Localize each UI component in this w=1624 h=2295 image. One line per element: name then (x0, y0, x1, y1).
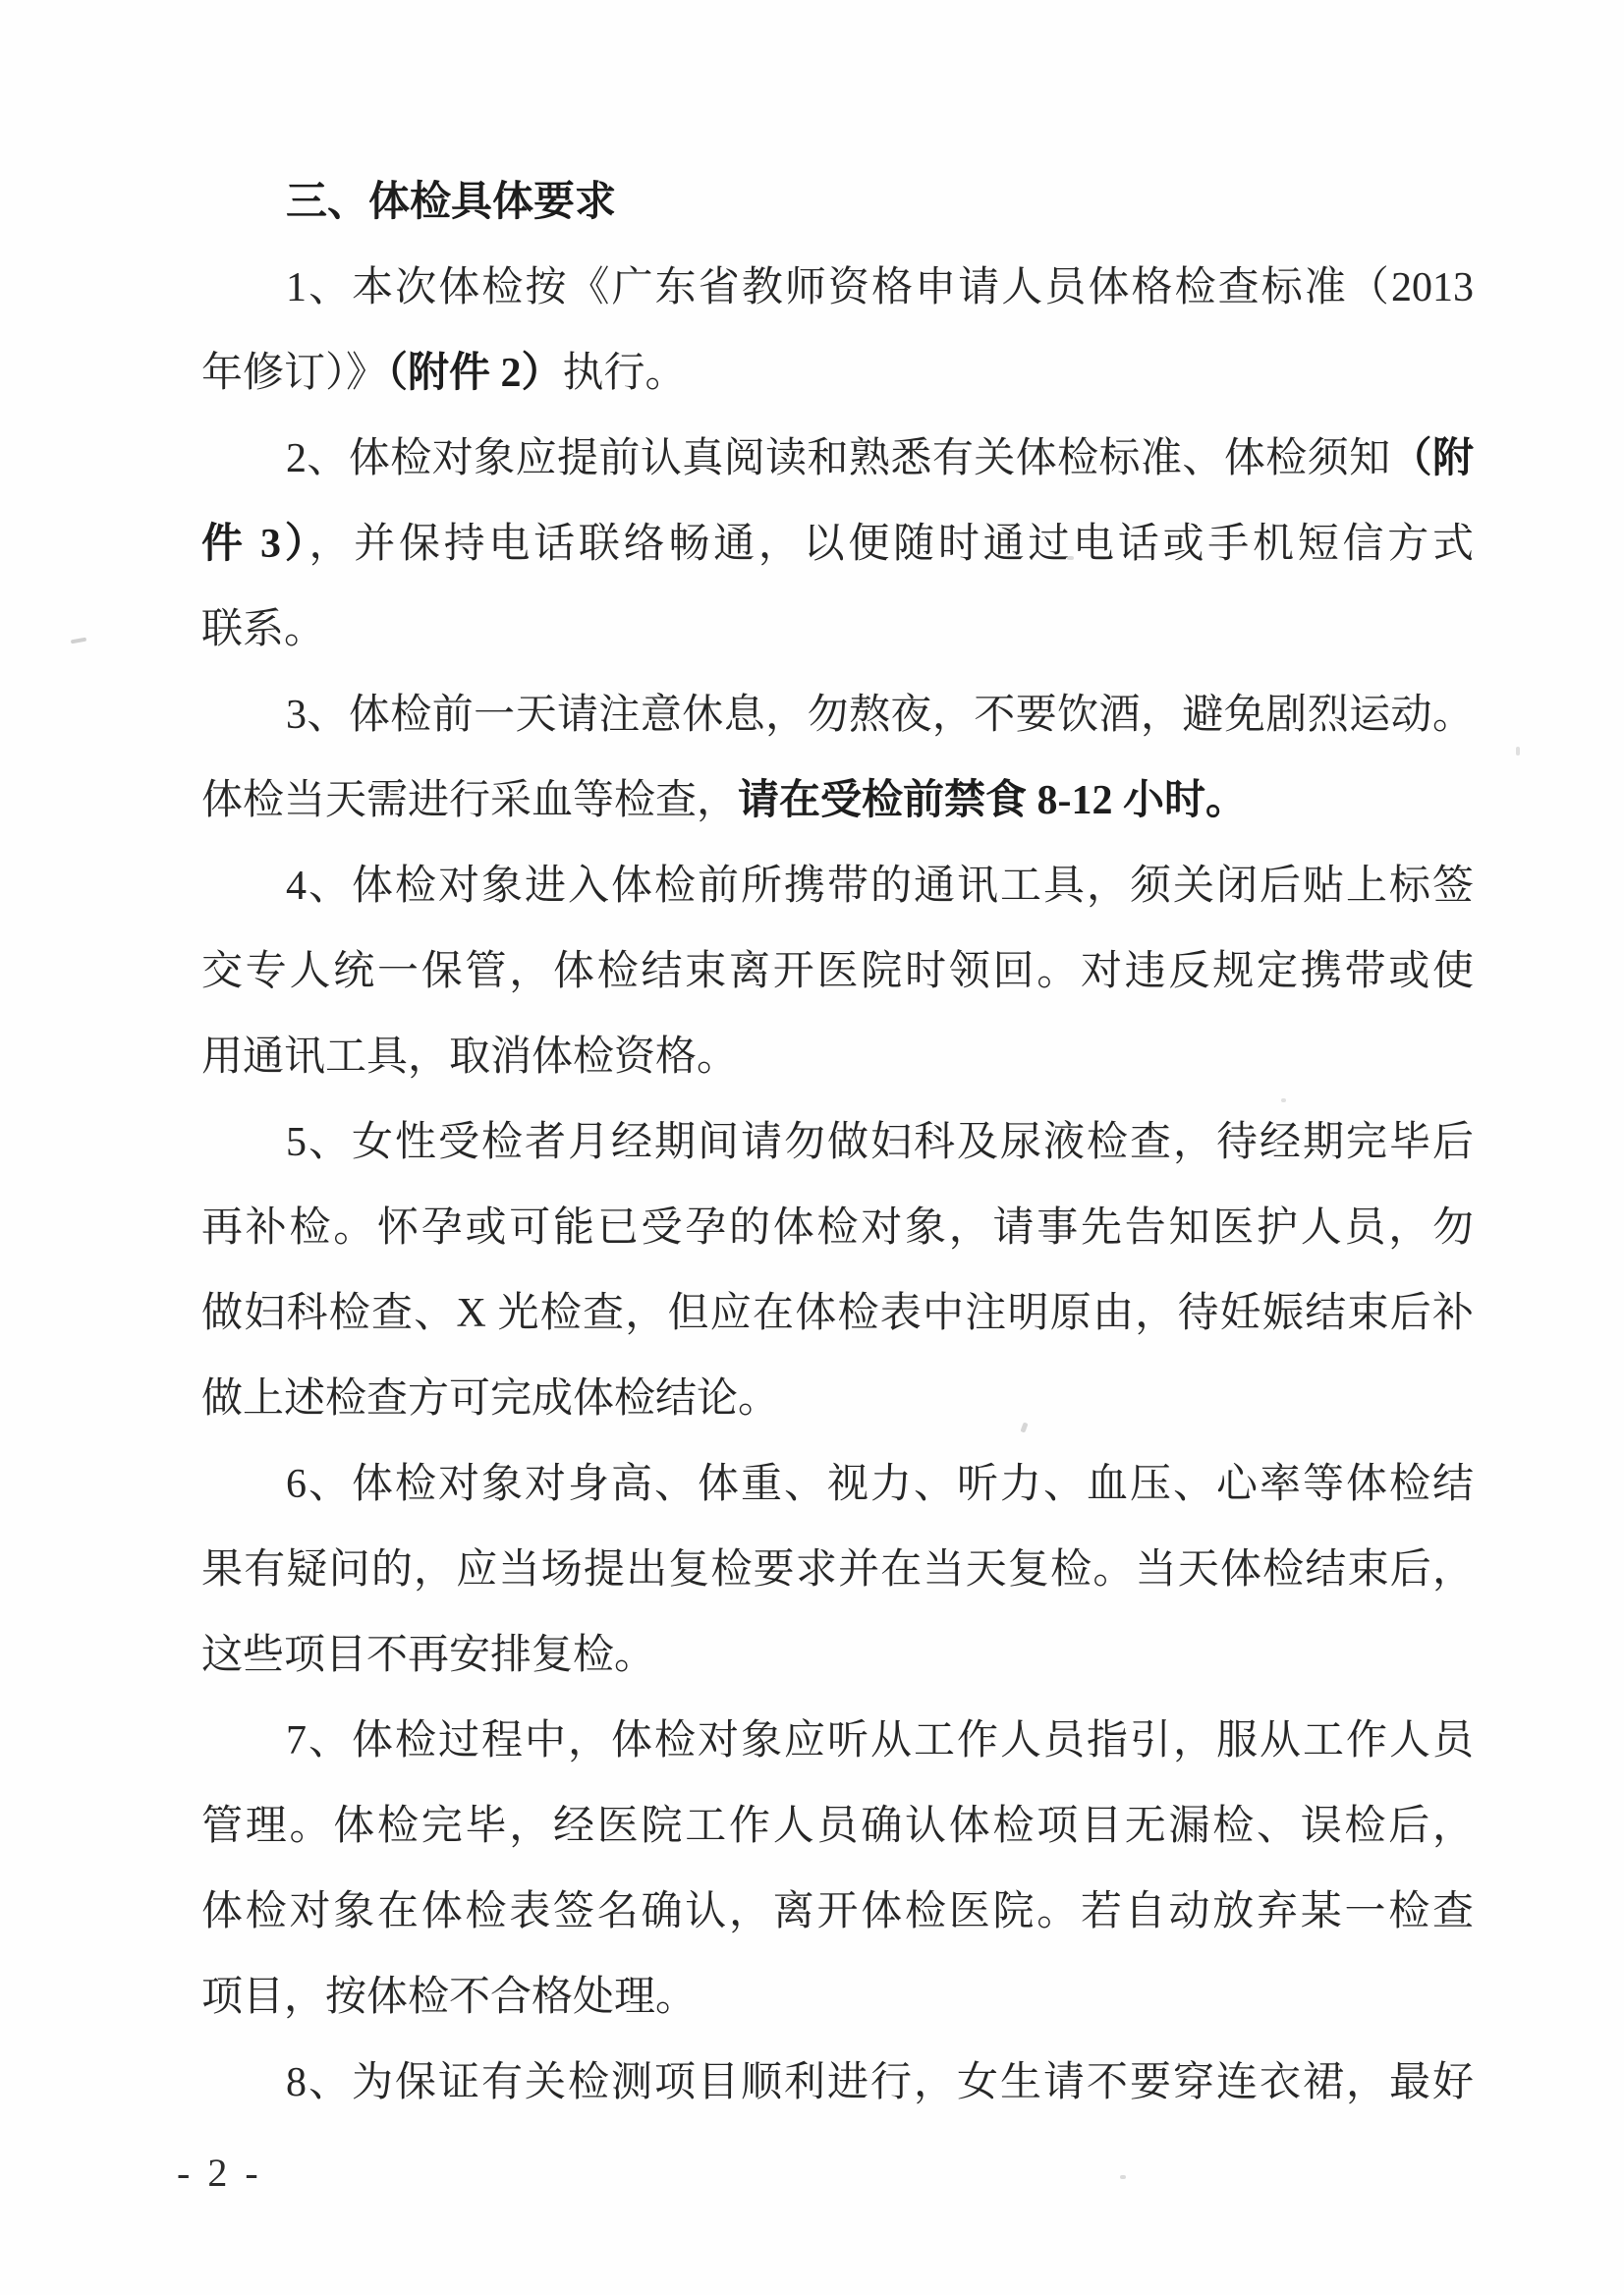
text-run: 再补检。怀孕或可能已受孕的体检对象，请事先告知医护人员，勿 (201, 1205, 1474, 1251)
scan-speckle (71, 638, 86, 644)
text-run: 三、体检具体要求 (286, 180, 616, 225)
text-run: 6、体检对象对身高、体重、视力、听力、血压、心率等体检结 (286, 1462, 1474, 1507)
text-run: ，并保持电话联络畅通，以便随时通过电话或手机短信方式 (308, 522, 1474, 567)
document-line: 联系。 (201, 588, 1474, 673)
text-run: 这些项目不再安排复检。 (201, 1633, 655, 1678)
document-line: 4、体检对象进入体检前所携带的通讯工具，须关闭后贴上标签 (201, 844, 1474, 929)
document-line: 体检对象在体检表签名确认，离开体检医院。若自动放弃某一检查 (201, 1870, 1474, 1955)
text-run: 1、本次体检按《广东省教师资格申请人员体格检查标准（2013 (286, 265, 1474, 310)
scan-speckle (1067, 556, 1074, 560)
document-line: 件 3），并保持电话联络畅通，以便随时通过电话或手机短信方式 (201, 502, 1474, 588)
scanned-document-page: 三、体检具体要求1、本次体检按《广东省教师资格申请人员体格检查标准（2013年修… (0, 0, 1624, 2295)
text-run: 做妇科检查、X 光检查，但应在体检表中注明原由，待妊娠结束后补 (201, 1291, 1474, 1336)
text-run: 体检当天需进行采血等检查， (201, 778, 738, 823)
document-line: 这些项目不再安排复检。 (201, 1613, 1474, 1699)
document-line: 3、体检前一天请注意休息，勿熬夜，不要饮酒，避免剧烈运动。 (201, 673, 1474, 758)
scan-speckle (1281, 1098, 1286, 1102)
text-run: 5、女性受检者月经期间请勿做妇科及尿液检查，待经期完毕后 (286, 1120, 1474, 1165)
document-line: 果有疑问的，应当场提出复检要求并在当天复检。当天体检结束后， (201, 1528, 1474, 1613)
text-run: 果有疑问的，应当场提出复检要求并在当天复检。当天体检结束后， (201, 1547, 1474, 1593)
text-run: 7、体检过程中，体检对象应听从工作人员指引，服从工作人员 (286, 1718, 1474, 1763)
document-line: 项目，按体检不合格处理。 (201, 1955, 1474, 2041)
document-heading: 三、体检具体要求 (201, 160, 1474, 246)
text-run: 体检对象在体检表签名确认，离开体检医院。若自动放弃某一检查 (201, 1889, 1474, 1934)
scan-speckle (1120, 2175, 1126, 2179)
text-run: 件 3） (201, 522, 308, 567)
document-line: 年修订）》（附件 2）执行。 (201, 331, 1474, 417)
document-line: 5、女性受检者月经期间请勿做妇科及尿液检查，待经期完毕后 (201, 1100, 1474, 1186)
document-line: 体检当天需进行采血等检查，请在受检前禁食 8-12 小时。 (201, 758, 1474, 844)
document-line: 再补检。怀孕或可能已受孕的体检对象，请事先告知医护人员，勿 (201, 1186, 1474, 1271)
text-run: （附件 2） (387, 351, 563, 396)
document-line: 交专人统一保管，体检结束离开医院时领回。对违反规定携带或使 (201, 929, 1474, 1015)
text-run: 4、体检对象进入体检前所携带的通讯工具，须关闭后贴上标签 (286, 864, 1474, 909)
text-run: 用通讯工具，取消体检资格。 (201, 1035, 738, 1080)
text-run: 管理。体检完毕，经医院工作人员确认体检项目无漏检、误检后， (201, 1804, 1474, 1849)
document-line: 7、体检过程中，体检对象应听从工作人员指引，服从工作人员 (201, 1699, 1474, 1784)
text-run: 做上述检查方可完成体检结论。 (201, 1376, 779, 1422)
text-run: 请在受检前禁食 8-12 小时。 (738, 778, 1247, 823)
document-line: 用通讯工具，取消体检资格。 (201, 1015, 1474, 1100)
text-run: 项目，按体检不合格处理。 (201, 1975, 697, 2020)
document-line: 2、体检对象应提前认真阅读和熟悉有关体检标准、体检须知（附 (201, 417, 1474, 502)
document-line: 6、体检对象对身高、体重、视力、听力、血压、心率等体检结 (201, 1442, 1474, 1528)
text-run: 2、体检对象应提前认真阅读和熟悉有关体检标准、体检须知 (286, 436, 1391, 481)
document-line: 管理。体检完毕，经医院工作人员确认体检项目无漏检、误检后， (201, 1784, 1474, 1870)
document-body: 三、体检具体要求1、本次体检按《广东省教师资格申请人员体格检查标准（2013年修… (201, 160, 1474, 2126)
text-run: 执行。 (563, 351, 687, 396)
text-run: 年修订）》 (201, 351, 387, 396)
document-line: 做上述检查方可完成体检结论。 (201, 1357, 1474, 1442)
document-line: 1、本次体检按《广东省教师资格申请人员体格检查标准（2013 (201, 246, 1474, 331)
text-run: 3、体检前一天请注意休息，勿熬夜，不要饮酒，避免剧烈运动。 (286, 693, 1474, 738)
document-line: 8、为保证有关检测项目顺利进行，女生请不要穿连衣裙，最好 (201, 2041, 1474, 2126)
page-number: - 2 - (177, 2148, 262, 2199)
text-run: （附 (1391, 436, 1474, 481)
text-run: 交专人统一保管，体检结束离开医院时领回。对违反规定携带或使 (201, 949, 1474, 994)
text-run: 8、为保证有关检测项目顺利进行，女生请不要穿连衣裙，最好 (286, 2060, 1474, 2105)
document-line: 做妇科检查、X 光检查，但应在体检表中注明原由，待妊娠结束后补 (201, 1271, 1474, 1357)
text-run: 联系。 (201, 607, 325, 652)
scan-speckle (1516, 747, 1520, 756)
